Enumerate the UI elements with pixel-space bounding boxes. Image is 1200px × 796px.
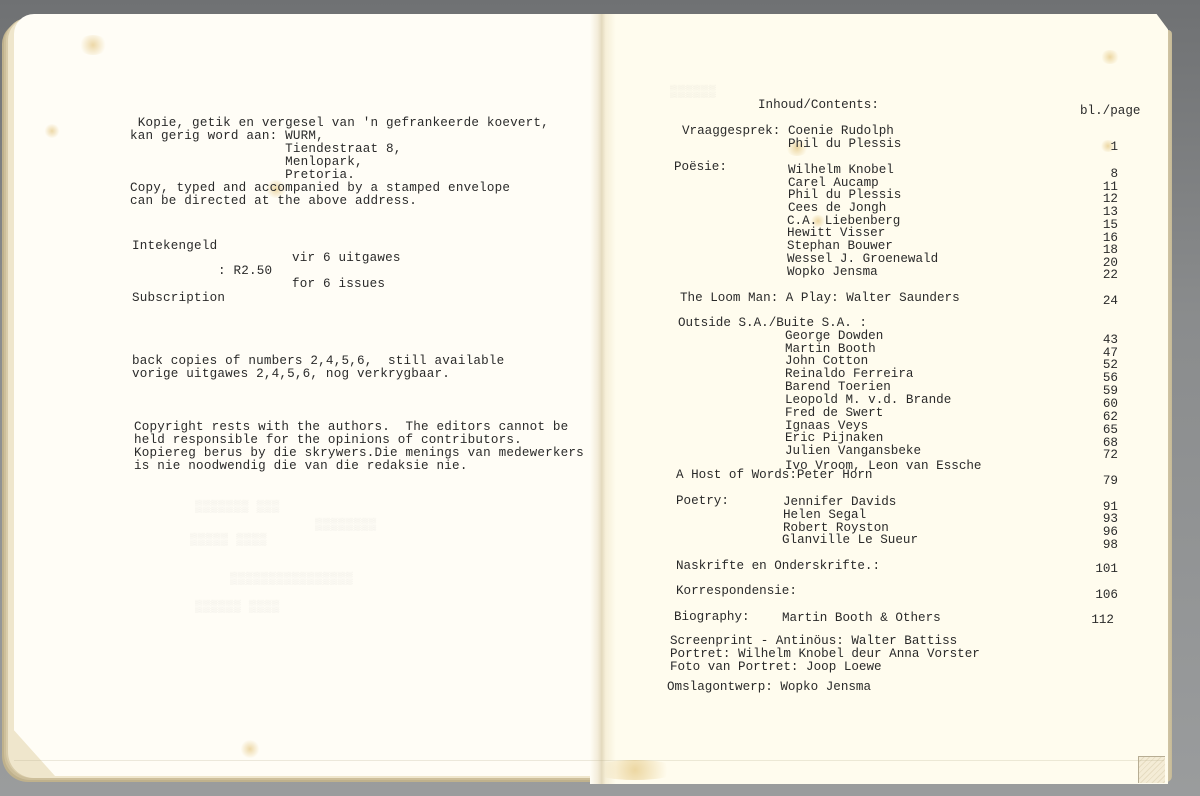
toc-entry-page: 101 bbox=[1078, 562, 1118, 576]
copyright-line: Copyright rests with the authors. The ed… bbox=[134, 420, 584, 433]
stain bbox=[44, 124, 60, 138]
credit-line: Foto van Portret: Joop Loewe bbox=[670, 660, 882, 674]
toc-entry-page: 18 bbox=[1078, 243, 1118, 257]
toc-entry-name: Martin Booth & Others bbox=[782, 611, 941, 625]
toc-section-label: Poetry: bbox=[676, 494, 729, 508]
toc-entry-page: 52 bbox=[1078, 358, 1118, 372]
toc-entry-page: 72 bbox=[1078, 448, 1118, 462]
toc-entry-page: 59 bbox=[1078, 384, 1118, 398]
toc-section-label: Vraaggesprek: bbox=[682, 124, 780, 138]
toc-entry-name: Wilhelm Knobel bbox=[788, 163, 894, 177]
submission-line: can be directed at the above address. bbox=[130, 194, 549, 207]
toc-section-label: Outside S.A./Buite S.A. : bbox=[678, 316, 867, 330]
subscription-issues-af: vir 6 uitgawes bbox=[292, 252, 401, 265]
subscription-label-en: Subscription bbox=[132, 292, 225, 305]
toc-entry-page: 12 bbox=[1078, 192, 1118, 206]
subscription-label-af: Intekengeld bbox=[132, 240, 217, 253]
toc-entry-page: 24 bbox=[1078, 294, 1118, 308]
toc-entry-name: Jennifer Davids bbox=[783, 495, 896, 509]
bleed-through-text: ▒▒▒▒▒▒ ▒▒▒▒ bbox=[195, 600, 280, 614]
toc-entry-page: 60 bbox=[1078, 397, 1118, 411]
back-copies-af: vorige uitgawes 2,4,5,6, nog verkrygbaar… bbox=[132, 368, 450, 381]
toc-entry-page: 22 bbox=[1078, 268, 1118, 282]
toc-entry-name: Phil du Plessis bbox=[788, 188, 901, 202]
copyright-line: held responsible for the opinions of con… bbox=[134, 433, 584, 446]
submission-line: Menlopark, bbox=[130, 155, 549, 168]
toc-section-label: Poësie: bbox=[674, 160, 727, 174]
toc-heading: Inhoud/Contents: bbox=[758, 98, 879, 112]
subscription-issues-en: for 6 issues bbox=[292, 278, 385, 291]
toc-section-label: Biography: bbox=[674, 610, 750, 624]
toc-entry-page: 1 bbox=[1078, 140, 1118, 154]
submission-line: Tiendestraat 8, bbox=[130, 142, 549, 155]
bleed-through-text: ▒▒▒▒▒▒▒▒▒▒▒▒▒▒▒▒ bbox=[230, 572, 353, 586]
crease-line bbox=[14, 760, 1164, 761]
toc-entry-page: 106 bbox=[1078, 588, 1118, 602]
copyright-line: is nie noodwendig die van die redaksie n… bbox=[134, 459, 584, 472]
submission-line: Kopie, getik en vergesel van 'n gefranke… bbox=[130, 116, 549, 129]
toc-entry-page: 43 bbox=[1078, 333, 1118, 347]
toc-entry-page: 93 bbox=[1078, 512, 1118, 526]
toc-entry-name: John Cotton bbox=[785, 354, 868, 368]
toc-entry-page: 8 bbox=[1078, 167, 1118, 181]
bleed-through-text: ▒▒▒▒▒▒▒ ▒▒▒ bbox=[195, 500, 280, 514]
toc-section-label: A Host of Words:Peter Horn bbox=[676, 468, 873, 482]
bleed-through-text: ▒▒▒▒▒▒ bbox=[670, 85, 716, 99]
toc-section-label: Korrespondensie: bbox=[676, 584, 797, 598]
credit-line: Screenprint - Antinöus: Walter Battiss bbox=[670, 634, 957, 648]
toc-entry-name: Stephan Bouwer bbox=[787, 239, 893, 253]
toc-entry-page: 96 bbox=[1078, 525, 1118, 539]
toc-entry-page: 112 bbox=[1074, 613, 1114, 627]
toc-entry-name: Fred de Swert bbox=[785, 406, 883, 420]
stain bbox=[78, 35, 108, 55]
subscription-price: : R2.50 bbox=[218, 265, 272, 278]
toc-page-column-header: bl./page bbox=[1080, 104, 1140, 118]
copyright-line: Kopiereg berus by die skrywers.Die menin… bbox=[134, 446, 584, 459]
toc-entry-page: 65 bbox=[1078, 423, 1118, 437]
toc-entry-name: Hewitt Visser bbox=[787, 226, 885, 240]
toc-entry-name: Cees de Jongh bbox=[788, 201, 886, 215]
toc-entry-name: Reinaldo Ferreira bbox=[785, 367, 913, 381]
stain bbox=[590, 760, 680, 780]
submission-line: Pretoria. bbox=[130, 168, 549, 181]
bleed-through-text: ▒▒▒▒▒▒▒▒ bbox=[315, 518, 377, 532]
bleed-through-text: ▒▒▒▒▒ ▒▒▒▒ bbox=[190, 533, 267, 547]
submission-line: kan gerig word aan: WURM, bbox=[130, 129, 549, 142]
toc-entry-name: Helen Segal bbox=[783, 508, 866, 522]
submission-line: Copy, typed and accompanied by a stamped… bbox=[130, 181, 549, 194]
book-spine bbox=[590, 14, 616, 784]
stain bbox=[1100, 50, 1120, 64]
toc-entry-page: 56 bbox=[1078, 371, 1118, 385]
toc-entry-name: Glanville Le Sueur bbox=[782, 533, 918, 547]
toc-entry-name: Phil du Plessis bbox=[788, 137, 901, 151]
toc-section-label: The Loom Man: A Play: Walter Saunders bbox=[680, 291, 960, 305]
submission-notice: Kopie, getik en vergesel van 'n gefranke… bbox=[130, 116, 549, 207]
toc-entry-page: 62 bbox=[1078, 410, 1118, 424]
toc-entry-name: George Dowden bbox=[785, 329, 883, 343]
toc-entry-name: Wessel J. Groenewald bbox=[787, 252, 938, 266]
stain bbox=[240, 740, 260, 758]
copyright-notice: Copyright rests with the authors. The ed… bbox=[134, 420, 584, 472]
toc-entry-page: 98 bbox=[1078, 538, 1118, 552]
toc-entry-page: 13 bbox=[1078, 205, 1118, 219]
toc-entry-name: Leopold M. v.d. Brande bbox=[785, 393, 951, 407]
toc-entry-name: Wopko Jensma bbox=[787, 265, 878, 279]
toc-entry-name: Eric Pijnaken bbox=[785, 431, 883, 445]
toc-section-label: Naskrifte en Onderskrifte.: bbox=[676, 559, 880, 573]
toc-entry-page: 15 bbox=[1078, 218, 1118, 232]
toc-entry-name: Julien Vangansbeke bbox=[785, 444, 921, 458]
cover-design-credit: Omslagontwerp: Wopko Jensma bbox=[667, 680, 871, 694]
toc-entry-name: Barend Toerien bbox=[785, 380, 891, 394]
credit-line: Portret: Wilhelm Knobel deur Anna Vorste… bbox=[670, 647, 980, 661]
toc-entry-name: Coenie Rudolph bbox=[788, 124, 894, 138]
toc-entry-page: 79 bbox=[1078, 474, 1118, 488]
